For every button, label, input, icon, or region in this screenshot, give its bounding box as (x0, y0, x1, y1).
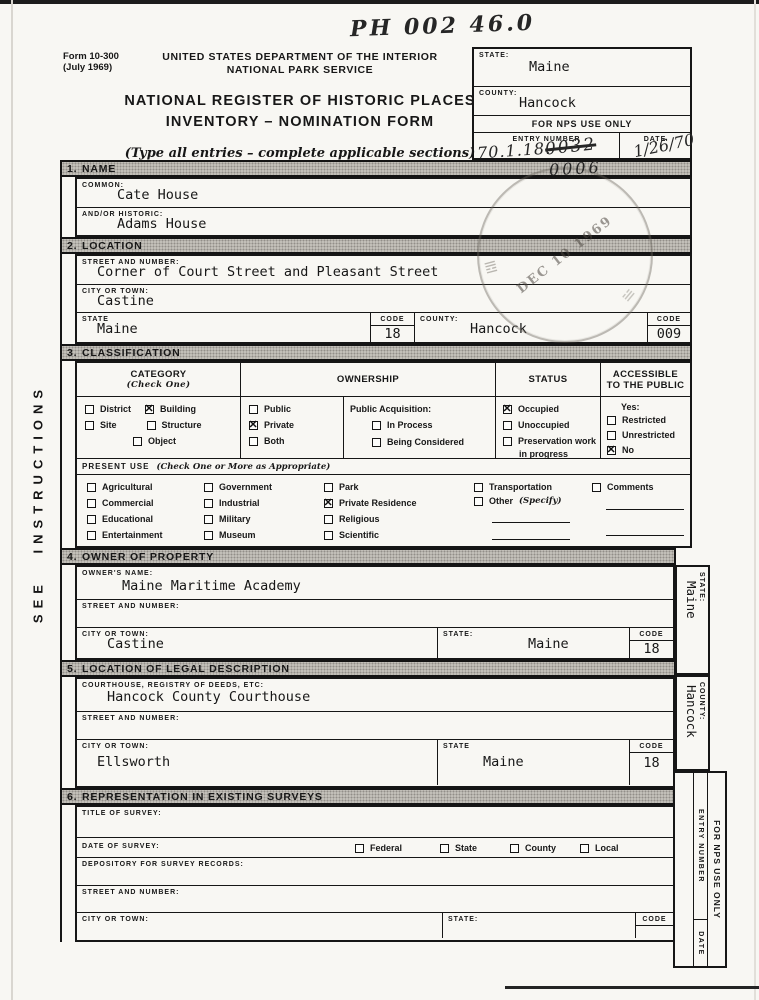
checkbox-federal-label: Federal (370, 843, 402, 853)
nps-use-only-row: FOR NPS USE ONLY (474, 115, 690, 132)
section-5-title: LOCATION OF LEGAL DESCRIPTION (82, 663, 290, 675)
checkbox-park (324, 483, 333, 492)
owner-code-label: CODE (630, 628, 673, 641)
scan-edge-bottom (505, 986, 759, 989)
section-2-title: LOCATION (82, 240, 142, 252)
courthouse-value: Hancock County Courthouse (77, 689, 673, 705)
section-6-title: REPRESENTATION IN EXISTING SURVEYS (82, 791, 323, 803)
checkbox-government (204, 483, 213, 492)
county-value: Hancock (474, 95, 690, 111)
owner-city-value: Castine (77, 636, 437, 652)
state-label: STATE: (474, 49, 690, 59)
checkbox-commercial-label: Commercial (102, 498, 154, 508)
form-instructions: (Type all entries – complete applicable … (60, 146, 540, 161)
checkbox-religious-label: Religious (339, 514, 380, 524)
checkbox-restricted-label: Restricted (622, 415, 666, 425)
checkbox-scientific (324, 531, 333, 540)
checkbox-private-label: Private (264, 420, 294, 430)
legal-city-value: Ellsworth (77, 754, 437, 770)
checkbox-comments (592, 483, 601, 492)
section-6-bar: 6. REPRESENTATION IN EXISTING SURVEYS (60, 788, 676, 805)
checkbox-park-label: Park (339, 482, 359, 492)
checkbox-industrial-label: Industrial (219, 498, 260, 508)
margin-entry-date-column: ENTRY NUMBER DATE (693, 773, 707, 966)
legal-code-value: 18 (630, 755, 673, 771)
section-5-fields: COURTHOUSE, REGISTRY OF DEEDS, ETC: Hanc… (75, 677, 675, 788)
see-instructions-note: SEE INSTRUCTIONS (31, 354, 46, 654)
checkbox-county-survey-label: County (525, 843, 556, 853)
checkbox-in-process-label: In Process (387, 420, 433, 430)
checkbox-other-label: Other (489, 496, 513, 506)
margin-date-label: DATE (694, 920, 707, 967)
checkbox-scientific-label: Scientific (339, 530, 379, 540)
checkbox-entertainment (87, 531, 96, 540)
checkbox-unoccupied-label: Unoccupied (518, 420, 570, 430)
section-1-number: 1. (67, 163, 82, 175)
margin-county-label: COUNTY: (698, 677, 708, 773)
nps-use-only-label: FOR NPS USE ONLY (532, 119, 632, 129)
checkbox-agricultural-label: Agricultural (102, 482, 153, 492)
public-acquisition-label: Public Acquisition: (350, 404, 495, 414)
present-use-label: PRESENT USE (82, 462, 149, 471)
stamp-date: DEC 10 1969 (514, 213, 615, 297)
checkbox-district-label: District (100, 404, 131, 414)
checkbox-commercial (87, 499, 96, 508)
legal-city-label: CITY OR TOWN: (77, 740, 437, 750)
margin-nps-block: ENTRY NUMBER DATE FOR NPS USE ONLY (673, 771, 727, 968)
section-1-title: NAME (82, 163, 116, 175)
checkbox-private (249, 421, 258, 430)
checkbox-agricultural (87, 483, 96, 492)
checkbox-object-label: Object (148, 436, 176, 446)
survey-state-label: STATE: (443, 913, 635, 923)
checkbox-private-residence-label: Private Residence (339, 498, 417, 508)
owner-state-value: Maine (438, 636, 629, 652)
section-3-number: 3. (67, 347, 82, 359)
margin-state-cell: STATE: Maine (675, 565, 710, 675)
county-code-label: CODE (648, 313, 690, 326)
checkbox-being-considered-label: Being Considered (387, 437, 464, 447)
depository-label: DEPOSITORY FOR SURVEY RECORDS: (77, 858, 673, 868)
margin-state-value: Maine (684, 567, 699, 677)
checkbox-comments-label: Comments (607, 482, 654, 492)
accessible-yes-label: Yes: (621, 402, 690, 412)
checkbox-district (85, 405, 94, 414)
owner-code-value: 18 (630, 641, 673, 657)
checkbox-federal (355, 844, 364, 853)
section-4-fields: OWNER'S NAME: Maine Maritime Academy STR… (75, 565, 675, 660)
checkbox-other (474, 497, 483, 506)
ownership-header: OWNERSHIP (337, 374, 399, 385)
survey-title-label: TITLE OF SURVEY: (77, 807, 673, 817)
survey-street-label: STREET AND NUMBER: (77, 886, 673, 896)
checkbox-military-label: Military (219, 514, 251, 524)
margin-nps-only-column: FOR NPS USE ONLY (707, 773, 725, 966)
survey-city-label: CITY OR TOWN: (77, 913, 442, 923)
section-2-number: 2. (67, 240, 82, 252)
legal-state-label: STATE (438, 740, 629, 750)
checkbox-being-considered (372, 438, 381, 447)
comments-blank-line-1 (606, 497, 684, 510)
checkbox-unrestricted-label: Unrestricted (622, 430, 675, 440)
checkbox-educational-label: Educational (102, 514, 153, 524)
category-subheader: (Check One) (127, 380, 191, 390)
section-5-number: 5. (67, 663, 82, 675)
form-header: UNITED STATES DEPARTMENT OF THE INTERIOR… (60, 51, 540, 161)
checkbox-government-label: Government (219, 482, 272, 492)
courthouse-label: COURTHOUSE, REGISTRY OF DEEDS, ETC: (77, 679, 673, 689)
checkbox-both (249, 437, 258, 446)
checkbox-no-label: No (622, 445, 634, 455)
scan-edge-top (0, 0, 759, 4)
legal-street-label: STREET AND NUMBER: (77, 712, 673, 722)
county-code-value: 009 (648, 326, 690, 342)
scan-edge-left (11, 0, 13, 1000)
checkbox-entertainment-label: Entertainment (102, 530, 163, 540)
section-3-title: CLASSIFICATION (82, 347, 181, 359)
owner-name-value: Maine Maritime Academy (77, 578, 673, 594)
state-code-value: 18 (371, 326, 414, 342)
nomination-form-scan: PH 002 46.0 Form 10-300 (July 1969) UNIT… (0, 0, 759, 1000)
checkbox-state-survey (440, 844, 449, 853)
section-4-title: OWNER OF PROPERTY (82, 551, 214, 563)
accessible-header-line1: ACCESSIBLE (613, 369, 678, 380)
state-value: Maine (77, 321, 370, 337)
section-4-bar: 4. OWNER OF PROPERTY (60, 548, 676, 565)
comments-blank-line-2 (606, 523, 684, 536)
checkbox-private-residence (324, 499, 333, 508)
checkbox-public (249, 405, 258, 414)
section-3-bar: 3. CLASSIFICATION (60, 344, 692, 361)
margin-entry-number-label: ENTRY NUMBER (694, 773, 707, 919)
checkbox-site-label: Site (100, 420, 117, 430)
present-use-sublabel: (Check One or More as Appropriate) (156, 462, 330, 472)
checkbox-site (85, 421, 94, 430)
checkbox-preservation (503, 437, 512, 446)
checkbox-both-label: Both (264, 436, 285, 446)
checkbox-local-survey (580, 844, 589, 853)
section-3-table: CATEGORY (Check One) OWNERSHIP STATUS AC… (75, 361, 692, 548)
section-4-number: 4. (67, 551, 82, 563)
status-header: STATUS (529, 374, 568, 385)
checkbox-structure-label: Structure (162, 420, 202, 430)
section-6-number: 6. (67, 791, 82, 803)
nps-state-row: STATE: Maine (474, 49, 690, 86)
checkbox-museum-label: Museum (219, 530, 256, 540)
checkbox-structure (147, 421, 156, 430)
checkbox-public-label: Public (264, 404, 291, 414)
checkbox-local-survey-label: Local (595, 843, 619, 853)
checkbox-transportation-label: Transportation (489, 482, 552, 492)
stamp-arc-mark-left: ||¦| (484, 260, 499, 275)
checkbox-unoccupied (503, 421, 512, 430)
checkbox-no (607, 446, 616, 455)
checkbox-state-survey-label: State (455, 843, 477, 853)
checkbox-building (145, 405, 154, 414)
received-date-stamp: DEC 10 1969 ||¦| ¦|| (477, 167, 653, 343)
form-title-line1: NATIONAL REGISTER OF HISTORIC PLACES (60, 93, 540, 109)
checkbox-object (133, 437, 142, 446)
section-5-bar: 5. LOCATION OF LEGAL DESCRIPTION (60, 660, 676, 677)
owner-name-label: OWNER'S NAME: (77, 567, 673, 577)
checkbox-preservation-label: Preservation work (518, 436, 596, 446)
stamp-arc-mark-right: ¦|| (621, 287, 636, 302)
scan-edge-right (754, 0, 756, 1000)
section-6-fields: TITLE OF SURVEY: DATE OF SURVEY: Federal… (75, 805, 675, 942)
form-title-line2: INVENTORY – NOMINATION FORM (60, 114, 540, 130)
checkbox-county-survey (510, 844, 519, 853)
margin-state-label: STATE: (698, 567, 708, 677)
margin-county-value: Hancock (684, 677, 699, 773)
margin-entry-value-column (675, 773, 693, 966)
checkbox-in-process (372, 421, 381, 430)
other-blank-line-2 (492, 527, 570, 540)
legal-state-value: Maine (438, 754, 629, 770)
checkbox-building-label: Building (160, 404, 196, 414)
checkbox-occupied-label: Occupied (518, 404, 559, 414)
state-value: Maine (474, 59, 690, 75)
handwritten-accession-number: PH 002 46.0 (350, 10, 536, 42)
margin-county-cell: COUNTY: Hancock (675, 675, 710, 771)
checkbox-museum (204, 531, 213, 540)
checkbox-military (204, 515, 213, 524)
checkbox-other-sublabel: (Specify) (519, 496, 562, 506)
checkbox-transportation (474, 483, 483, 492)
checkbox-unrestricted (607, 431, 616, 440)
checkbox-occupied (503, 405, 512, 414)
accessible-header-line2: TO THE PUBLIC (607, 380, 685, 391)
checkbox-industrial (204, 499, 213, 508)
legal-code-label: CODE (630, 740, 673, 753)
checkbox-religious (324, 515, 333, 524)
state-code-label: CODE (371, 313, 414, 326)
survey-code-label: CODE (636, 913, 673, 926)
checkbox-restricted (607, 416, 616, 425)
category-header: CATEGORY (131, 369, 187, 380)
nps-county-row: COUNTY: Hancock (474, 86, 690, 115)
margin-nps-only-label: FOR NPS USE ONLY (708, 773, 726, 966)
handwritten-entry-number-corrected: 0006 (549, 158, 603, 180)
other-blank-line-1 (492, 510, 570, 523)
dept-line2: NATIONAL PARK SERVICE (60, 64, 540, 76)
checkbox-educational (87, 515, 96, 524)
owner-street-label: STREET AND NUMBER: (77, 600, 673, 610)
dept-line1: UNITED STATES DEPARTMENT OF THE INTERIOR (60, 51, 540, 63)
